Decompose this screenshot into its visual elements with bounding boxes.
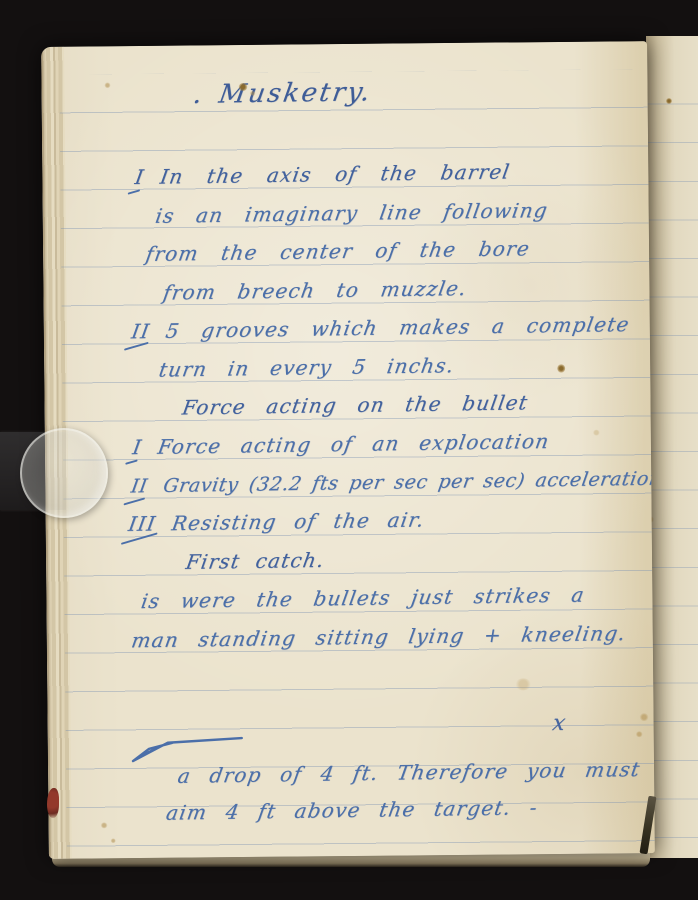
- stain: [250, 91, 256, 96]
- stain: [666, 98, 672, 104]
- stain: [238, 83, 247, 91]
- handwriting-line: Force acting on the bullet: [180, 389, 530, 421]
- stain: [636, 731, 643, 737]
- handwriting-line: aim 4 ft above the target. -: [164, 794, 540, 827]
- handwriting-line: from the center of the bore: [144, 235, 532, 268]
- page-clip: [20, 428, 108, 518]
- handwriting-line: IIn the axis of the barrel: [133, 158, 512, 191]
- notebook-page: . Musketry. IIn the axis of the barrel i…: [41, 41, 655, 859]
- handwriting-line: turn in every 5 inchs.: [157, 352, 457, 383]
- stain: [111, 838, 116, 843]
- roman-numeral-marker: II: [129, 473, 150, 500]
- roman-numeral-marker: II: [129, 318, 152, 345]
- stain: [101, 822, 108, 828]
- facing-page: [646, 36, 698, 858]
- stain: [104, 82, 110, 88]
- facing-page-ruled-lines: [646, 66, 698, 856]
- pointer-sketch-icon: [126, 733, 246, 768]
- page-title: . Musketry.: [191, 79, 374, 109]
- roman-numeral-marker: III: [126, 510, 158, 537]
- red-edge-mark: [47, 788, 59, 818]
- stain: [557, 364, 565, 373]
- stain: [640, 713, 649, 721]
- stain: [593, 430, 600, 436]
- photo-background: { "notebook": { "title": ". Musketry.", …: [0, 0, 698, 900]
- stain: [515, 678, 531, 690]
- handwriting-line: from breech to muzzle.: [161, 275, 469, 307]
- handwriting-line: IIIResisting of the air.: [126, 506, 426, 537]
- handwriting-line: First catch.: [184, 547, 327, 576]
